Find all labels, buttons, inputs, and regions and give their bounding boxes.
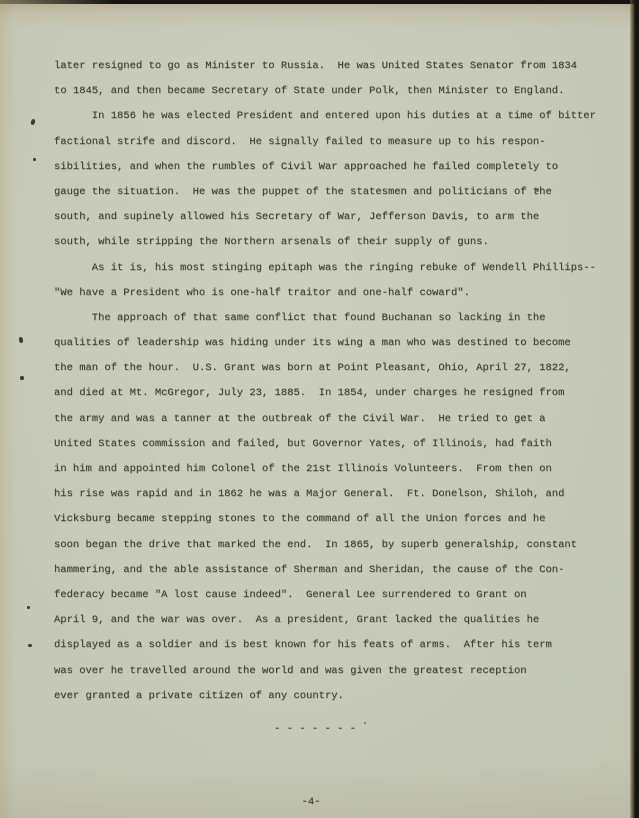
- text-line: sibilities, and when the rumbles of Civi…: [54, 155, 610, 180]
- text-line: and died at Mt. McGregor, July 23, 1885.…: [54, 381, 610, 406]
- text-line: United States commission and failed, but…: [54, 432, 610, 457]
- text-line: his rise was rapid and in 1862 he was a …: [54, 482, 610, 507]
- text-line: ever granted a private citizen of any co…: [54, 684, 610, 709]
- text-line: hammering, and the able assistance of Sh…: [54, 558, 610, 583]
- text-line: the army and was a tanner at the outbrea…: [54, 407, 610, 432]
- text-line: The approach of that same conflict that …: [54, 306, 610, 331]
- ink-speck: [19, 337, 24, 343]
- text-line: was over he travelled around the world a…: [54, 659, 610, 684]
- typewritten-text: later resigned to go as Minister to Russ…: [54, 54, 610, 709]
- ink-speck: [33, 158, 36, 161]
- scan-edge-top: [0, 0, 639, 4]
- ink-speck: [27, 606, 30, 609]
- page-number: -4-: [0, 796, 622, 808]
- text-line: to 1845, and then became Secretary of St…: [54, 79, 610, 104]
- ink-speck: [30, 119, 36, 126]
- text-line: qualities of leadership was hiding under…: [54, 331, 610, 356]
- text-line: soon began the drive that marked the end…: [54, 533, 610, 558]
- text-line: in him and appointed him Colonel of the …: [54, 457, 610, 482]
- text-line: April 9, and the war was over. As a pres…: [54, 608, 610, 633]
- text-line: gauge the situation. He was the puppet o…: [54, 180, 610, 205]
- text-line: factional strife and discord. He signall…: [54, 130, 610, 155]
- text-line: south, while stripping the Northern arse…: [54, 230, 610, 255]
- section-divider: - - - - - - -: [274, 722, 356, 736]
- text-line: As it is, his most stinging epitaph was …: [54, 256, 610, 281]
- text-line: displayed as a soldier and is best known…: [54, 633, 610, 658]
- scanned-page: later resigned to go as Minister to Russ…: [0, 0, 639, 818]
- ink-speck: [20, 376, 24, 380]
- ink-speck: [28, 644, 32, 647]
- ink-speck: [536, 188, 539, 192]
- text-line: federacy became "A lost cause indeed". G…: [54, 583, 610, 608]
- scan-edge-right: [630, 0, 639, 818]
- ink-speck: [364, 722, 366, 724]
- text-line: south, and supinely allowed his Secretar…: [54, 205, 610, 230]
- text-line: Vicksburg became stepping stones to the …: [54, 507, 610, 532]
- text-line: In 1856 he was elected President and ent…: [54, 104, 610, 129]
- text-line: later resigned to go as Minister to Russ…: [54, 54, 610, 79]
- text-line: "We have a President who is one-half tra…: [54, 281, 610, 306]
- text-line: the man of the hour. U.S. Grant was born…: [54, 356, 610, 381]
